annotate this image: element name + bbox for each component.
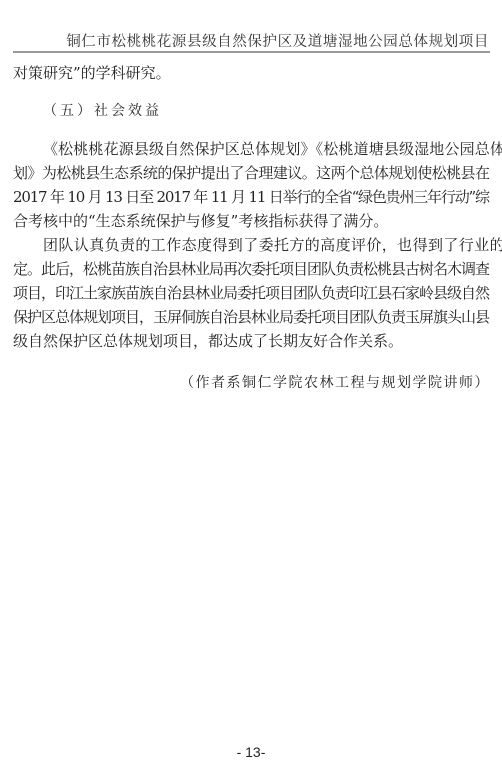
spacer: [13, 85, 490, 99]
paragraph-line: 项目，印江土家族苗族自治县林业局委托项目团队负责印江县石家岭县级自然: [13, 281, 490, 305]
author-note: （作者系铜仁学院农林工程与规划学院讲师）: [13, 371, 490, 395]
paragraph-line: 保护区总体规划项目，玉屏侗族自治县林业局委托项目团队负责玉屏旗头山县: [13, 305, 490, 329]
paragraph-line: 划》为松桃县生态系统的保护提出了合理建议。这两个总体规划使松桃县在: [13, 161, 490, 185]
continuation-line: 对策研究”的学科研究。: [13, 61, 490, 85]
paragraph-line: 合考核中的“生态系统保护与修复”考核指标获得了满分。: [13, 209, 490, 233]
paragraph-line: 《松桃桃花源县级自然保护区总体规划》《松桃道塘县级湿地公园总体规: [13, 137, 490, 161]
paragraph-line: 2017 年 10 月 13 日至 2017 年 11 月 11 日举行的全省“…: [13, 185, 490, 209]
section-heading: （五）社会效益: [13, 99, 490, 123]
page-number: - 13-: [0, 744, 502, 760]
running-header: 铜仁市松桃桃花源县级自然保护区及道塘湿地公园总体规划项目: [13, 30, 489, 51]
paragraph-line: 定。此后，松桃苗族自治县林业局再次委托项目团队负责松桃县古树名木调查: [13, 257, 490, 281]
page-body: 对策研究”的学科研究。 （五）社会效益 《松桃桃花源县级自然保护区总体规划》《松…: [13, 61, 490, 395]
paragraph-line: 级自然保护区总体规划项目，都达成了长期友好合作关系。: [13, 329, 490, 353]
header-divider: [13, 51, 490, 53]
paragraph-line: 团队认真负责的工作态度得到了委托方的高度评价，也得到了行业的肯: [13, 233, 490, 257]
paragraph: 团队认真负责的工作态度得到了委托方的高度评价，也得到了行业的肯 定。此后，松桃苗…: [13, 233, 490, 353]
paragraph: 《松桃桃花源县级自然保护区总体规划》《松桃道塘县级湿地公园总体规 划》为松桃县生…: [13, 137, 490, 233]
spacer: [13, 123, 490, 137]
